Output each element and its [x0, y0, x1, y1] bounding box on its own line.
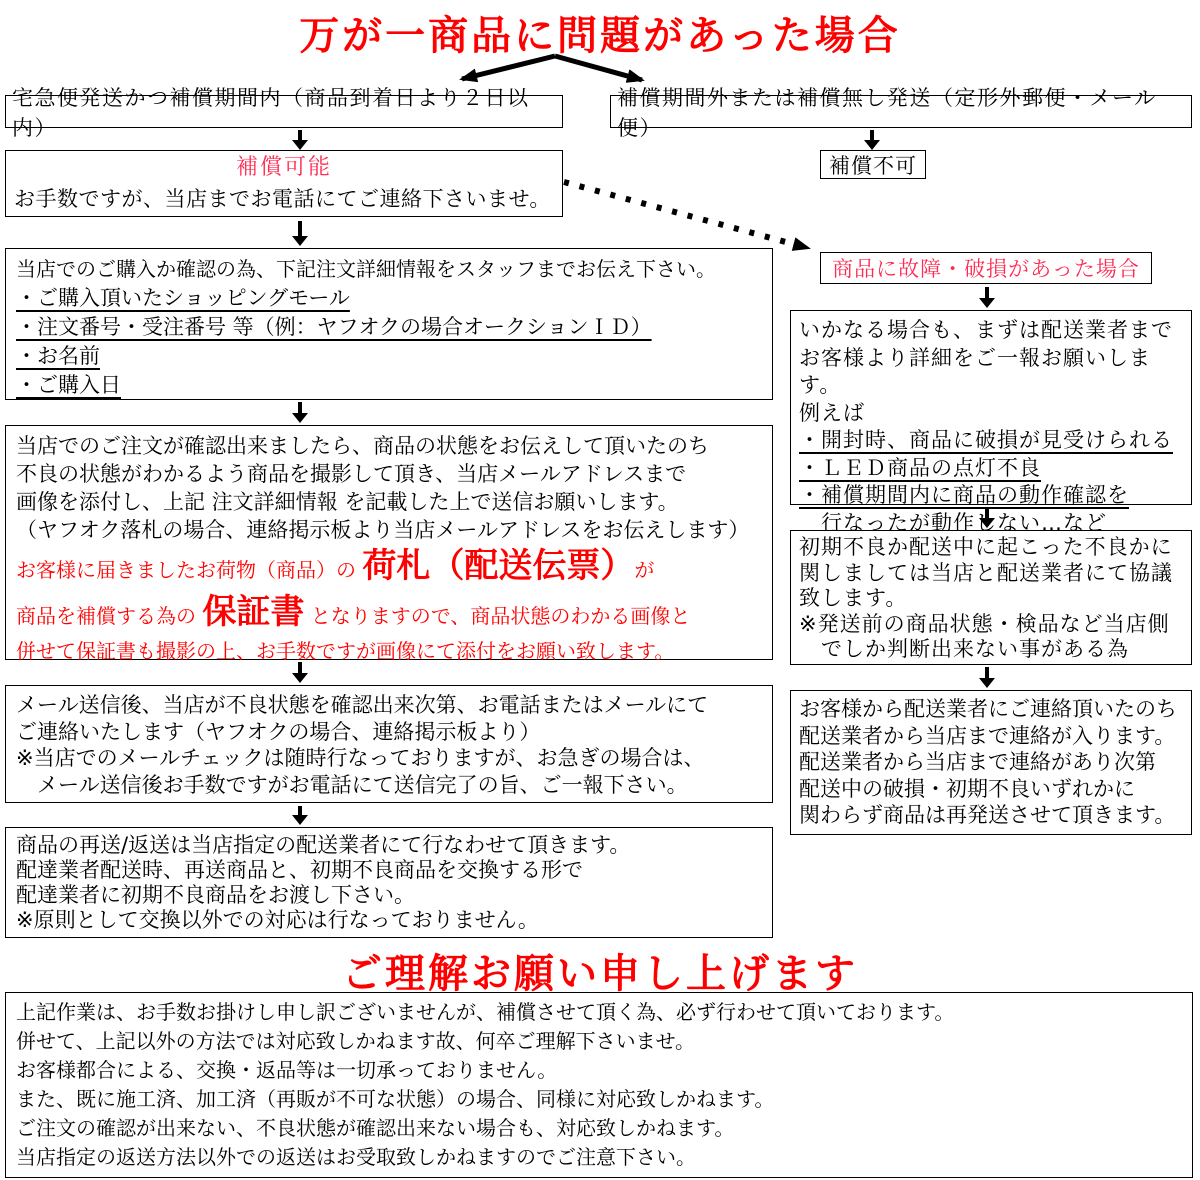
photo-line: 不良の状態がわかるよう商品を撮影して頂き、当店メールアドレスまで — [16, 460, 762, 488]
order-info-intro: 当店でのご購入か確認の為、下記注文詳細情報をスタッフまでお伝え下さい。 — [16, 255, 762, 284]
carrier-example-item: ・開封時、商品に破損が見受けられる — [799, 427, 1183, 455]
redeliver-line: 関わらず商品は再発送させて頂きます。 — [799, 802, 1183, 829]
arrow-down-icon — [863, 130, 881, 150]
resend-line: 配達業者に初期不良商品をお渡し下さい。 — [16, 883, 762, 908]
waybill-warning-big: 荷札（配送伝票） — [362, 546, 634, 586]
carrier-line: 例えば — [799, 400, 1183, 428]
redeliver-line: お客様から配送業者にご連絡頂いたのち — [799, 696, 1183, 723]
waybill-warning-suf: が — [634, 558, 654, 582]
footer-title: ご理解お願い申し上げます — [0, 942, 1200, 999]
warranty-possible-body: お手数ですが、当店までお電話にてご連絡下さいませ。 — [6, 184, 562, 214]
footer-note-line: 上記作業は、お手数お掛けし申し訳ございませんが、補償させて頂く為、必ず行わせて頂… — [16, 998, 1182, 1027]
box-mail-confirmation: メール送信後、当店が不良状態を確認出来次第、お電話またはメールにて ご連絡いたし… — [5, 685, 773, 803]
box-outside-warranty-text: 補償期間外または補償無し発送（定形外郵便・メール便） — [617, 82, 1191, 142]
footer-note-line: また、既に施工済、加工済（再販が不可な状態）の場合、同様に対応致しかねます。 — [16, 1085, 1182, 1114]
box-outside-warranty: 補償期間外または補償無し発送（定形外郵便・メール便） — [610, 95, 1192, 128]
order-info-item: ・ご購入頂いたショッピングモール — [16, 284, 762, 313]
order-info-item: ・ご購入日 — [16, 371, 762, 400]
box-photo-instructions: 当店でのご注文が確認出来ましたら、商品の状態をお伝えして頂いたのち 不良の状態が… — [5, 425, 773, 660]
arrow-down-icon — [291, 130, 309, 150]
box-damage-case-title: 商品に故障・破損があった場合 — [820, 252, 1152, 284]
box-footer-notes: 上記作業は、お手数お掛けし申し訳ございませんが、補償させて頂く為、必ず行わせて頂… — [5, 992, 1193, 1178]
warranty-card-suf: となりますので、商品状態のわかる画像と — [304, 604, 690, 628]
box-contact-carrier: いかなる場合も、まずは配送業者まで お客様より詳細をご一報お願いします。 例えば… — [790, 310, 1192, 505]
photo-line: 当店でのご注文が確認出来ましたら、商品の状態をお伝えして頂いたのち — [16, 432, 762, 460]
resend-line: 商品の再送/返送は当店指定の配送業者にて行なわせて頂きます。 — [16, 833, 762, 858]
arrow-down-icon — [978, 507, 996, 528]
arrow-down-icon — [978, 287, 996, 308]
mail-line: メール送信後お手数ですがお電話にて送信完了の旨、ご一報下さい。 — [16, 772, 762, 799]
judge-line: ※発送前の商品状態・検品など当店側 — [799, 612, 1183, 638]
judge-line: 致します。 — [799, 586, 1183, 612]
arrow-down-icon — [978, 667, 996, 688]
box-order-info: 当店でのご購入か確認の為、下記注文詳細情報をスタッフまでお伝え下さい。 ・ご購入… — [5, 248, 773, 400]
photo-line: （ヤフオク落札の場合、連絡掲示板より当店メールアドレスをお伝えします） — [16, 516, 762, 544]
mail-line: ※当店でのメールチェックは随時行なっておりますが、お急ぎの場合は、 — [16, 745, 762, 772]
carrier-line: いかなる場合も、まずは配送業者まで — [799, 317, 1183, 345]
arrow-down-icon — [291, 806, 309, 825]
judge-line: 関しましては当店と配送業者にて協議 — [799, 561, 1183, 587]
waybill-warning-pre: お客様に届きましたお荷物（商品）の — [16, 558, 362, 582]
mail-line: メール送信後、当店が不良状態を確認出来次第、お電話またはメールにて — [16, 692, 762, 719]
box-defect-judgement: 初期不良か配送中に起こった不良かに 関しましては当店と配送業者にて協議 致します… — [790, 530, 1192, 665]
footer-note-line: ご注文の確認が出来ない、不良状態が確認出来ない場合も、対応致しかねます。 — [16, 1114, 1182, 1143]
judge-line: 初期不良か配送中に起こった不良かに — [799, 535, 1183, 561]
arrow-down-icon — [291, 402, 309, 423]
warranty-card-big: 保証書 — [202, 592, 304, 632]
redeliver-line: 配送業者から当店まで連絡があり次第 — [799, 749, 1183, 776]
flowchart-canvas: 万が一商品に問題があった場合 宅急便発送かつ補償期間内（商品到着日より２日以内）… — [0, 0, 1200, 1180]
box-courier-within-warranty: 宅急便発送かつ補償期間内（商品到着日より２日以内） — [5, 95, 563, 128]
warranty-impossible-text: 補償不可 — [829, 150, 917, 180]
waybill-warning-line: お客様に届きましたお荷物（商品）の 荷札（配送伝票）が — [16, 544, 762, 592]
arrow-down-icon — [291, 662, 309, 683]
attach-photo-line: 併せて保証書も撮影の上、お手数ですが画像にて添付をお願い致します。 — [16, 636, 762, 666]
resend-line: ※原則として交換以外での対応は行なっておりません。 — [16, 908, 762, 933]
photo-line: 画像を添付し、上記 注文詳細情報 を記載した上で送信お願いします。 — [16, 488, 762, 516]
warranty-possible-heading: 補償可能 — [6, 151, 562, 184]
redeliver-line: 配送中の破損・初期不良いずれかに — [799, 776, 1183, 803]
box-resend-exchange: 商品の再送/返送は当店指定の配送業者にて行なわせて頂きます。 配達業者配送時、再… — [5, 827, 773, 938]
warranty-card-line: 商品を補償する為の 保証書 となりますので、商品状態のわかる画像と — [16, 592, 762, 636]
box-warranty-possible: 補償可能 お手数ですが、当店までお電話にてご連絡下さいませ。 — [5, 150, 563, 217]
resend-line: 配達業者配送時、再送商品と、初期不良商品を交換する形で — [16, 858, 762, 883]
box-redelivery: お客様から配送業者にご連絡頂いたのち 配送業者から当店まで連絡が入ります。 配送… — [790, 690, 1192, 835]
footer-note-line: 当店指定の返送方法以外での返送はお受取致しかねますのでご注意下さい。 — [16, 1143, 1182, 1172]
carrier-line: お客様より詳細をご一報お願いします。 — [799, 345, 1183, 400]
redeliver-line: 配送業者から当店まで連絡が入ります。 — [799, 723, 1183, 750]
footer-note-line: 併せて、上記以外の方法では対応致しかねます故、何卒ご理解下さいませ。 — [16, 1027, 1182, 1056]
box-courier-within-warranty-text: 宅急便発送かつ補償期間内（商品到着日より２日以内） — [12, 82, 562, 142]
damage-case-title-text: 商品に故障・破損があった場合 — [832, 253, 1140, 283]
footer-note-line: お客様都合による、交換・返品等は一切承っておりません。 — [16, 1056, 1182, 1085]
judge-line: でしか判断出来ない事がある為 — [799, 637, 1183, 663]
warranty-card-pre: 商品を補償する為の — [16, 604, 202, 628]
mail-line: ご連絡いたします（ヤフオクの場合、連絡掲示板より） — [16, 719, 762, 746]
order-info-item: ・お名前 — [16, 342, 762, 371]
carrier-example-item: ・ＬＥＤ商品の点灯不良 — [799, 455, 1183, 483]
carrier-example-item: ・補償期間内に商品の動作確認を — [799, 482, 1183, 510]
order-info-item: ・注文番号・受注番号 等（例：ヤフオクの場合オークションＩＤ） — [16, 313, 762, 342]
arrow-down-icon — [291, 221, 309, 246]
